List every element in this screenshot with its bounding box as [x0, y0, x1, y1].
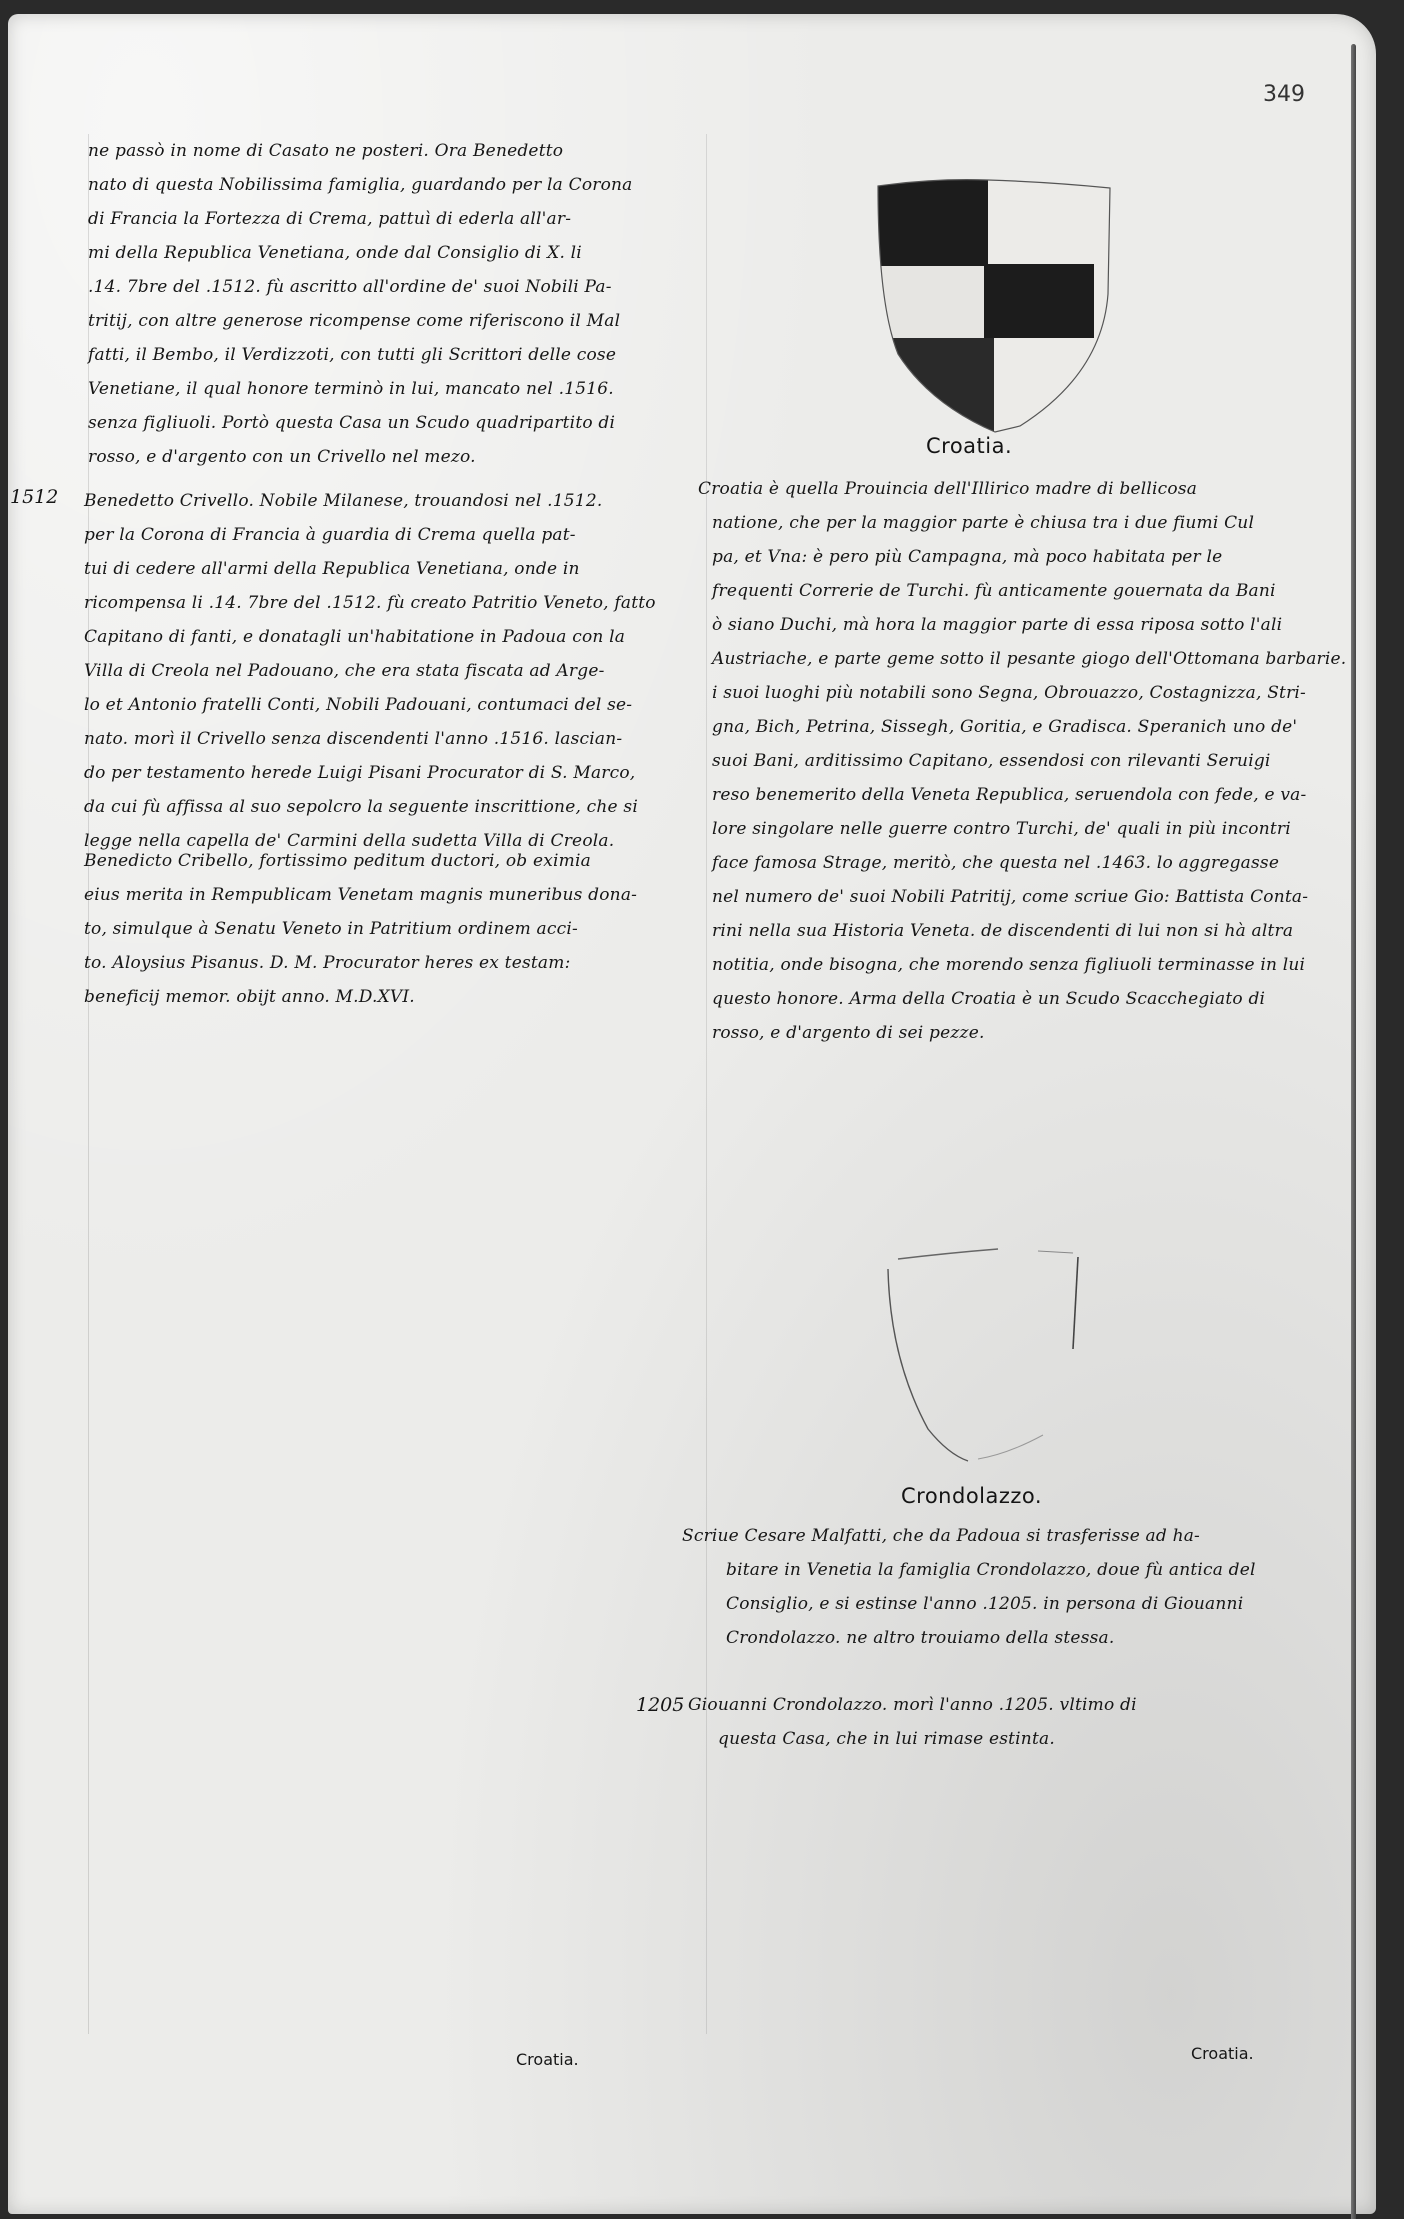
text-line: ricompensa li .14. 7bre del .1512. fù cr… [84, 586, 656, 620]
croatia-coat-of-arms-shield [870, 174, 1120, 434]
page-edge-shadow [1351, 44, 1356, 2219]
text-line: suoi Bani, arditissimo Capitano, essendo… [698, 744, 1346, 778]
text-line: da cui fù affissa al suo sepolcro la seg… [84, 790, 656, 824]
text-line: eius merita in Rempublicam Venetam magni… [84, 878, 637, 912]
text-line: reso benemerito della Veneta Republica, … [698, 778, 1346, 812]
text-line: di Francia la Fortezza di Crema, pattuì … [88, 202, 633, 236]
margin-year-1512: 1512 [10, 486, 58, 508]
croatia-title: Croatia. [926, 434, 1012, 458]
text-line: i suoi luoghi più notabili sono Segna, O… [698, 676, 1346, 710]
text-line: tui di cedere all'armi della Republica V… [84, 552, 656, 586]
manuscript-page: 349 ne passò in nome di Casato ne poster… [8, 14, 1376, 2214]
croatia-paragraph: Croatia è quella Prouincia dell'Illirico… [698, 472, 1346, 1050]
text-line: Benedetto Crivello. Nobile Milanese, tro… [84, 484, 656, 518]
entry-1512-paragraph: Benedetto Crivello. Nobile Milanese, tro… [84, 484, 656, 858]
text-line: lo et Antonio fratelli Conti, Nobili Pad… [84, 688, 656, 722]
text-line: Villa di Creola nel Padouano, che era st… [84, 654, 656, 688]
catchword-left: Croatia. [516, 2050, 579, 2069]
text-line: Venetiane, il qual honore terminò in lui… [88, 372, 633, 406]
crondolazzo-paragraph: Scriue Cesare Malfatti, che da Padoua si… [682, 1519, 1256, 1655]
crondolazzo-empty-shield-outline [868, 1239, 1108, 1479]
text-line: Crondolazzo. ne altro trouiamo della ste… [682, 1621, 1256, 1655]
text-line: .14. 7bre del .1512. fù ascritto all'ord… [88, 270, 633, 304]
text-line: tritij, con altre generose ricompense co… [88, 304, 633, 338]
text-line: pa, et Vna: è pero più Campagna, mà poco… [698, 540, 1346, 574]
text-line: questa Casa, che in lui rimase estinta. [688, 1722, 1137, 1756]
text-line: Giouanni Crondolazzo. morì l'anno .1205.… [688, 1688, 1137, 1722]
text-line: Austriache, e parte geme sotto il pesant… [698, 642, 1346, 676]
continuation-paragraph: ne passò in nome di Casato ne posteri. O… [88, 134, 633, 474]
text-line: beneficij memor. obijt anno. M.D.XVI. [84, 980, 637, 1014]
text-line: senza figliuoli. Portò questa Casa un Sc… [88, 406, 633, 440]
text-line: nel numero de' suoi Nobili Patritij, com… [698, 880, 1346, 914]
text-line: Benedicto Cribello, fortissimo peditum d… [84, 844, 637, 878]
text-line: Scriue Cesare Malfatti, che da Padoua si… [682, 1519, 1256, 1553]
text-line: mi della Republica Venetiana, onde dal C… [88, 236, 633, 270]
text-line: gna, Bich, Petrina, Sissegh, Goritia, e … [698, 710, 1346, 744]
text-line: Capitano di fanti, e donatagli un'habita… [84, 620, 656, 654]
text-line: notitia, onde bisogna, che morendo senza… [698, 948, 1346, 982]
text-line: nato di questa Nobilissima famiglia, gua… [88, 168, 633, 202]
text-line: rosso, e d'argento con un Crivello nel m… [88, 440, 633, 474]
epitaph-inscription: Benedicto Cribello, fortissimo peditum d… [84, 844, 637, 1014]
margin-year-1205: 1205 [636, 1694, 684, 1716]
text-line: rini nella sua Historia Veneta. de disce… [698, 914, 1346, 948]
text-line: rosso, e d'argento di sei pezze. [698, 1016, 1346, 1050]
text-line: bitare in Venetia la famiglia Crondolazz… [682, 1553, 1256, 1587]
text-line: fatti, il Bembo, il Verdizzoti, con tutt… [88, 338, 633, 372]
text-line: ò siano Duchi, mà hora la maggior parte … [698, 608, 1346, 642]
text-line: natione, che per la maggior parte è chiu… [698, 506, 1346, 540]
text-line: per la Corona di Francia à guardia di Cr… [84, 518, 656, 552]
text-line: questo honore. Arma della Croatia è un S… [698, 982, 1346, 1016]
text-line: Croatia è quella Prouincia dell'Illirico… [698, 472, 1346, 506]
text-line: Consiglio, e si estinse l'anno .1205. in… [682, 1587, 1256, 1621]
text-line: face famosa Strage, meritò, che questa n… [698, 846, 1346, 880]
folio-number: 349 [1263, 82, 1305, 107]
text-line: nato. morì il Crivello senza discendenti… [84, 722, 656, 756]
entry-1205-paragraph: Giouanni Crondolazzo. morì l'anno .1205.… [688, 1688, 1137, 1756]
text-line: frequenti Correrie de Turchi. fù anticam… [698, 574, 1346, 608]
text-line: to, simulque à Senatu Veneto in Patritiu… [84, 912, 637, 946]
text-line: ne passò in nome di Casato ne posteri. O… [88, 134, 633, 168]
text-line: do per testamento herede Luigi Pisani Pr… [84, 756, 656, 790]
text-line: to. Aloysius Pisanus. D. M. Procurator h… [84, 946, 637, 980]
crondolazzo-title: Crondolazzo. [901, 1484, 1042, 1508]
text-line: lore singolare nelle guerre contro Turch… [698, 812, 1346, 846]
catchword-right: Croatia. [1191, 2044, 1254, 2063]
